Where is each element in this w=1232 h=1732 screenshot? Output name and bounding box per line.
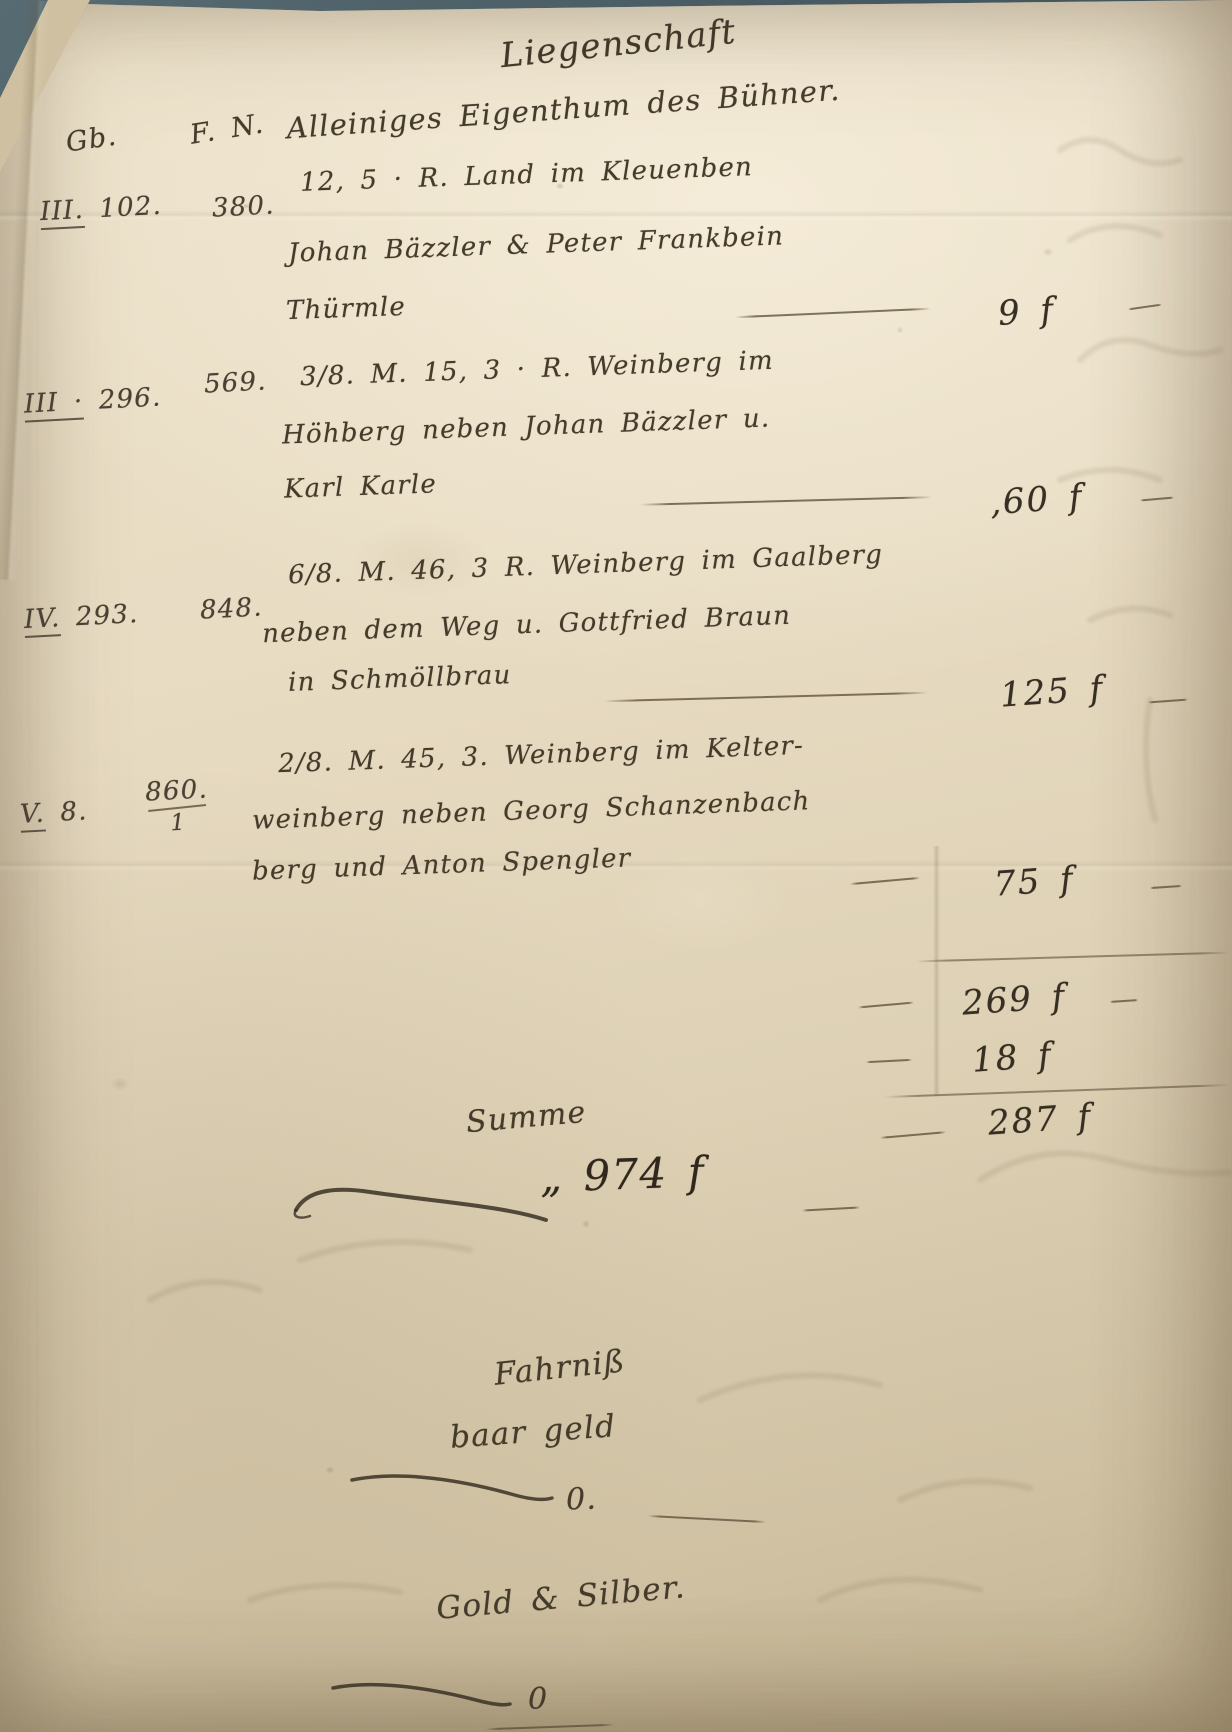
entry-1-parcel-number: 380. xyxy=(211,190,275,223)
entry-folio: 102. xyxy=(99,191,163,224)
entry-4-parcel-number-fraction: 860. 1 xyxy=(144,774,210,837)
fraction-denominator: 1 xyxy=(146,808,210,837)
entry-volume: III. xyxy=(39,195,85,230)
entry-1-line-3: Thürmle xyxy=(286,292,407,326)
entry-3-volume-folio: IV. 293. xyxy=(23,599,139,635)
entry-1-volume-folio: III. 102. xyxy=(39,191,162,227)
entry-1-amount: 9 f xyxy=(997,290,1057,334)
entry-2-amount: ,60 f xyxy=(989,477,1085,523)
precious-metals-value: 0 xyxy=(528,1682,548,1717)
entry-2-line-3: Karl Karle xyxy=(284,469,438,504)
subtotal-main-value: 269 f xyxy=(961,976,1068,1023)
subtotal-add-value: 18 f xyxy=(971,1035,1054,1081)
subtotal-combined-value: 287 f xyxy=(987,1096,1094,1143)
grand-total: „ 974 f xyxy=(539,1147,705,1202)
fraction-numerator: 860. xyxy=(144,774,208,807)
entry-3-parcel-number: 848. xyxy=(199,592,263,625)
entry-folio: 296. xyxy=(98,382,162,415)
cash-value: 0. xyxy=(565,1481,597,1517)
entry-2-parcel-number: 569. xyxy=(203,366,267,399)
entry-3-amount: 125 f xyxy=(999,668,1106,715)
entry-volume: V. xyxy=(19,798,46,832)
entry-folio: 293. xyxy=(75,599,139,632)
entry-4-volume-folio: V. 8. xyxy=(19,796,88,829)
entry-volume: IV. xyxy=(23,603,61,638)
grand-total-value: 974 f xyxy=(583,1147,706,1200)
entry-volume: III · xyxy=(23,387,84,423)
entry-folio: 8. xyxy=(60,796,89,827)
ditto-mark: „ xyxy=(539,1152,564,1202)
entry-4-amount: 75 f xyxy=(993,859,1076,905)
photographed-manuscript-page: Liegenschaft Alleiniges Eigenthum des Bü… xyxy=(0,0,1232,1732)
